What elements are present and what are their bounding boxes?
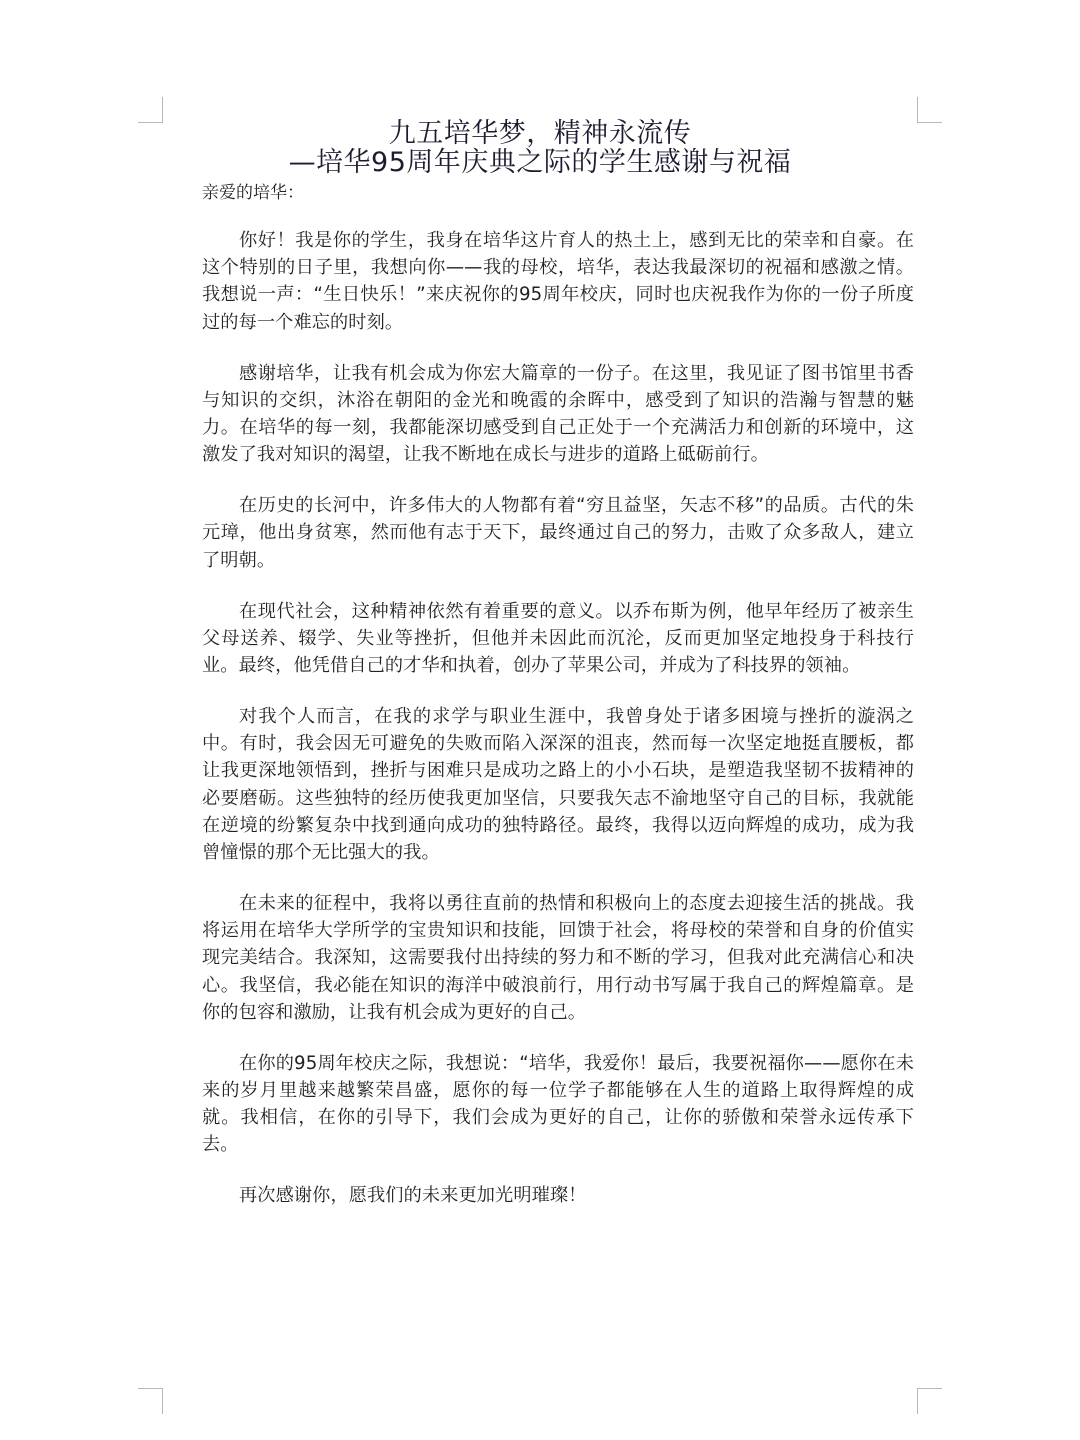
document-title: 九五培华梦，精神永流传 [0, 119, 1080, 149]
paragraph-5: 对我个人而言，在我的求学与职业生涯中，我曾身处于诸多困境与挫折的漩涡之中。有时，… [202, 703, 914, 866]
paragraph-6: 在未来的征程中，我将以勇往直前的热情和积极向上的态度去迎接生活的挑战。我将运用在… [202, 890, 914, 1026]
paragraph-8: 再次感谢你，愿我们的未来更加光明璀璨！ [202, 1182, 914, 1209]
paragraph-4: 在现代社会，这种精神依然有着重要的意义。以乔布斯为例，他早年经历了被亲生父母送养… [202, 598, 914, 680]
salutation: 亲爱的培华： [202, 181, 304, 205]
paragraph-7: 在你的95周年校庆之际，我想说：“培华，我爱你！最后，我要祝福你——愿你在未来的… [202, 1050, 914, 1159]
document-subtitle: —培华95周年庆典之际的学生感谢与祝福 [0, 148, 1080, 178]
paragraph-1: 你好！我是你的学生，我身在培华这片育人的热土上，感到无比的荣幸和自豪。在这个特别… [202, 227, 914, 336]
paragraph-2: 感谢培华，让我有机会成为你宏大篇章的一份子。在这里，我见证了图书馆里书香与知识的… [202, 360, 914, 469]
letter-body: 你好！我是你的学生，我身在培华这片育人的热土上，感到无比的荣幸和自豪。在这个特别… [202, 227, 914, 1233]
paragraph-3: 在历史的长河中，许多伟大的人物都有着“穷且益坚，矢志不移”的品质。古代的朱元璋，… [202, 492, 914, 574]
page-corner-mark-bottom-right [917, 1388, 942, 1414]
page-corner-mark-bottom-left [138, 1388, 163, 1414]
